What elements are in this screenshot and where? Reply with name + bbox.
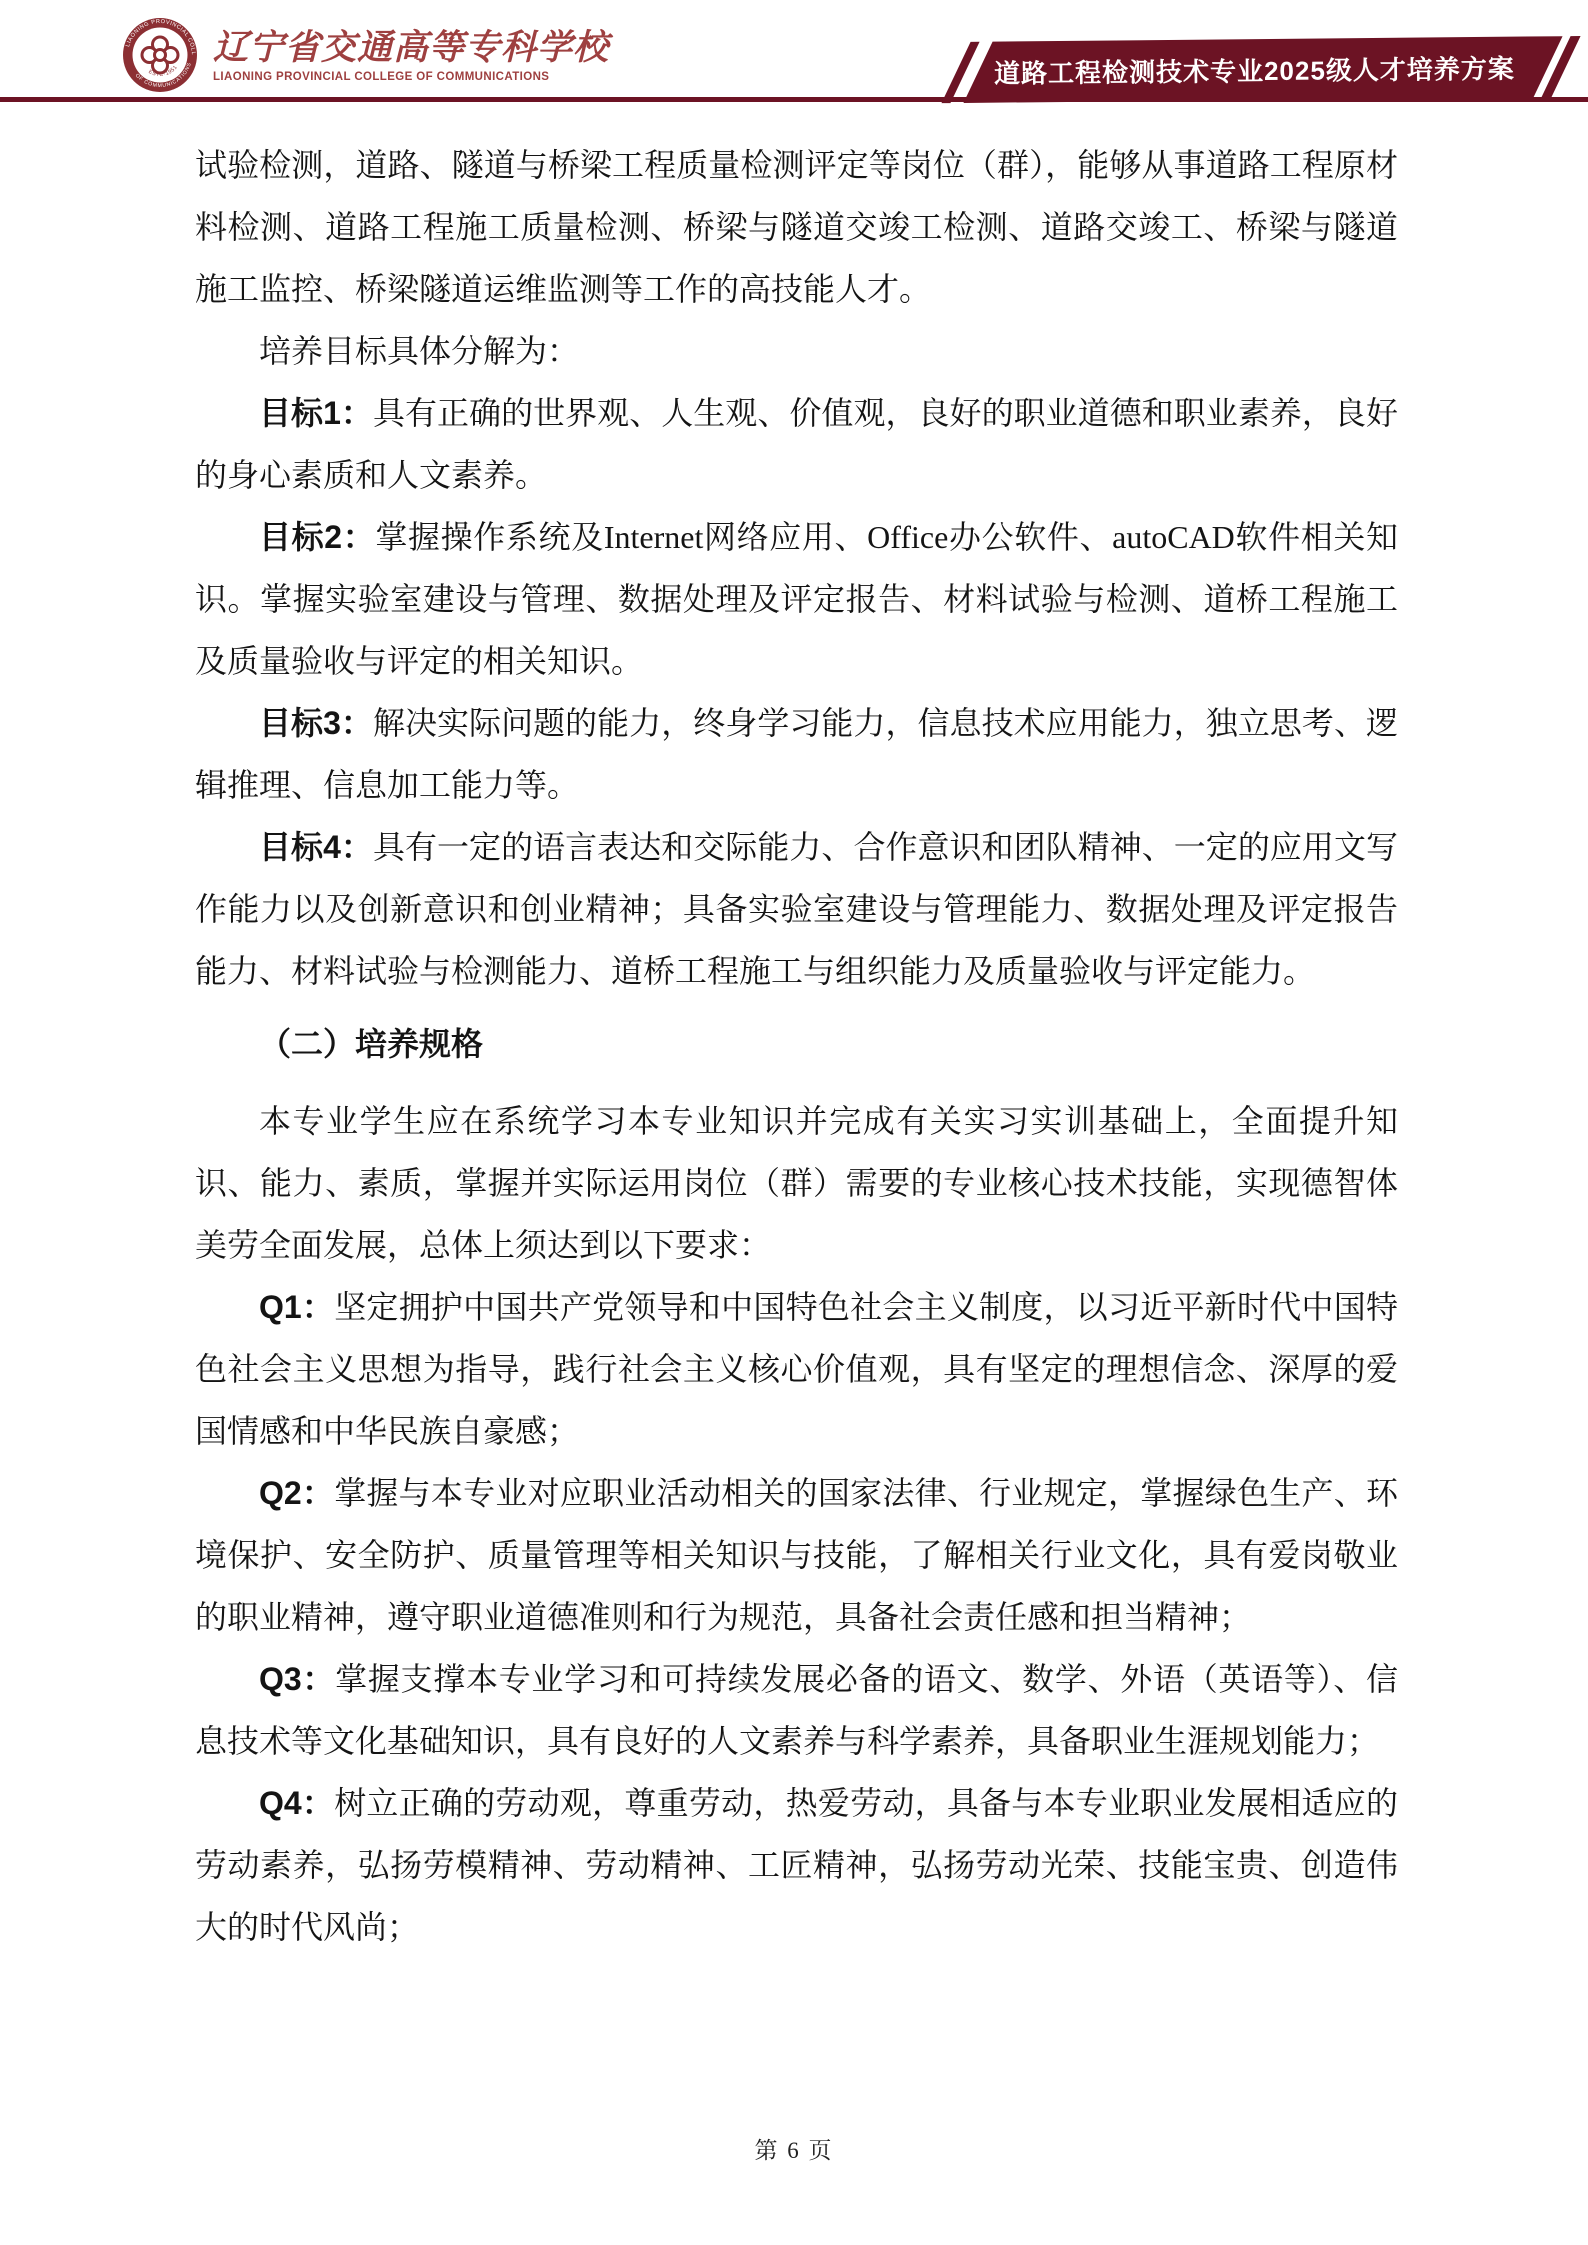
paragraph-label-run: 目标1： [259, 395, 373, 431]
paragraph: Q1：坚定拥护中国共产党领导和中国特色社会主义制度，以习近平新时代中国特色社会主… [195, 1276, 1398, 1462]
paragraph-label-run: Q4： [259, 1785, 334, 1821]
page-footer: 第 6 页 [0, 2132, 1588, 2165]
paragraph: 目标4：具有一定的语言表达和交际能力、合作意识和团队精神、一定的应用文写作能力以… [195, 816, 1398, 1002]
page-header: LIAONING PROVINCIAL COLLEGE OF COMMUNICA… [0, 0, 1588, 110]
paragraph: Q4：树立正确的劳动观，尊重劳动，热爱劳动，具备与本专业职业发展相适应的劳动素养… [195, 1772, 1398, 1958]
school-name-en: LIAONING PROVINCIAL COLLEGE OF COMMUNICA… [213, 71, 609, 83]
header-divider-rule [0, 97, 1588, 102]
paragraph-label-run: 目标3： [259, 705, 373, 741]
paragraph-text-run: 解决实际问题的能力，终身学习能力，信息技术应用能力，独立思考、逻辑推理、信息加工… [195, 705, 1398, 803]
paragraph-label-run: （二）培养规格 [259, 1026, 483, 1062]
section-heading: （二）培养规格 [195, 1013, 1398, 1075]
paragraph: 培养目标具体分解为： [195, 320, 1398, 382]
paragraph-label-run: Q3： [259, 1661, 335, 1697]
paragraph-text-run: 树立正确的劳动观，尊重劳动，热爱劳动，具备与本专业职业发展相适应的劳动素养，弘扬… [195, 1785, 1398, 1945]
paragraph-text-run: 掌握与本专业对应职业活动相关的国家法律、行业规定，掌握绿色生产、环境保护、安全防… [195, 1475, 1398, 1635]
paragraph-label-run: 目标2： [259, 519, 375, 555]
paragraph: 目标3：解决实际问题的能力，终身学习能力，信息技术应用能力，独立思考、逻辑推理、… [195, 692, 1398, 816]
paragraph: 目标2：掌握操作系统及Internet网络应用、Office办公软件、autoC… [195, 506, 1398, 692]
paragraph-text-run: 具有一定的语言表达和交际能力、合作意识和团队精神、一定的应用文写作能力以及创新意… [195, 829, 1398, 989]
paragraph-text-run: 本专业学生应在系统学习本专业知识并完成有关实习实训基础上，全面提升知识、能力、素… [195, 1103, 1398, 1263]
page-number-label: 第 6 页 [755, 2138, 834, 2163]
paragraph: Q3：掌握支撑本专业学习和可持续发展必备的语文、数学、外语（英语等）、信息技术等… [195, 1648, 1398, 1772]
paragraph: Q2：掌握与本专业对应职业活动相关的国家法律、行业规定，掌握绿色生产、环境保护、… [195, 1462, 1398, 1648]
school-name-block: 辽宁省交通高等专科学校 LIAONING PROVINCIAL COLLEGE … [213, 28, 609, 83]
banner-title: 道路工程检测技术专业2025级人才培养方案 [994, 37, 1515, 103]
school-logo-block: LIAONING PROVINCIAL COLLEGE OF COMMUNICA… [121, 16, 609, 94]
paragraph-label-run: Q1： [259, 1289, 334, 1325]
paragraph: 本专业学生应在系统学习本专业知识并完成有关实习实训基础上，全面提升知识、能力、素… [195, 1090, 1398, 1276]
paragraph-text-run: 培养目标具体分解为： [259, 333, 579, 369]
paragraph-text-run: 掌握操作系统及Internet网络应用、Office办公软件、autoCAD软件… [195, 519, 1398, 679]
document-body: 试验检测，道路、隧道与桥梁工程质量检测评定等岗位（群），能够从事道路工程原材料检… [195, 134, 1398, 1958]
school-seal-logo: LIAONING PROVINCIAL COLLEGE OF COMMUNICA… [121, 16, 199, 94]
paragraph-text-run: 坚定拥护中国共产党领导和中国特色社会主义制度，以习近平新时代中国特色社会主义思想… [195, 1289, 1398, 1449]
paragraph-label-run: Q2： [259, 1475, 334, 1511]
paragraph: 试验检测，道路、隧道与桥梁工程质量检测评定等岗位（群），能够从事道路工程原材料检… [195, 134, 1398, 320]
document-page: LIAONING PROVINCIAL COLLEGE OF COMMUNICA… [0, 0, 1588, 2245]
paragraph: 目标1：具有正确的世界观、人生观、价值观，良好的职业道德和职业素养，良好的身心素… [195, 382, 1398, 506]
header-banner: 道路工程检测技术专业2025级人才培养方案 [952, 36, 1588, 103]
school-name-zh: 辽宁省交通高等专科学校 [213, 28, 609, 68]
paragraph-text-run: 试验检测，道路、隧道与桥梁工程质量检测评定等岗位（群），能够从事道路工程原材料检… [195, 147, 1398, 307]
paragraph-text-run: 掌握支撑本专业学习和可持续发展必备的语文、数学、外语（英语等）、信息技术等文化基… [195, 1661, 1398, 1759]
paragraph-label-run: 目标4： [259, 829, 373, 865]
paragraph-text-run: 具有正确的世界观、人生观、价值观，良好的职业道德和职业素养，良好的身心素质和人文… [195, 395, 1398, 493]
